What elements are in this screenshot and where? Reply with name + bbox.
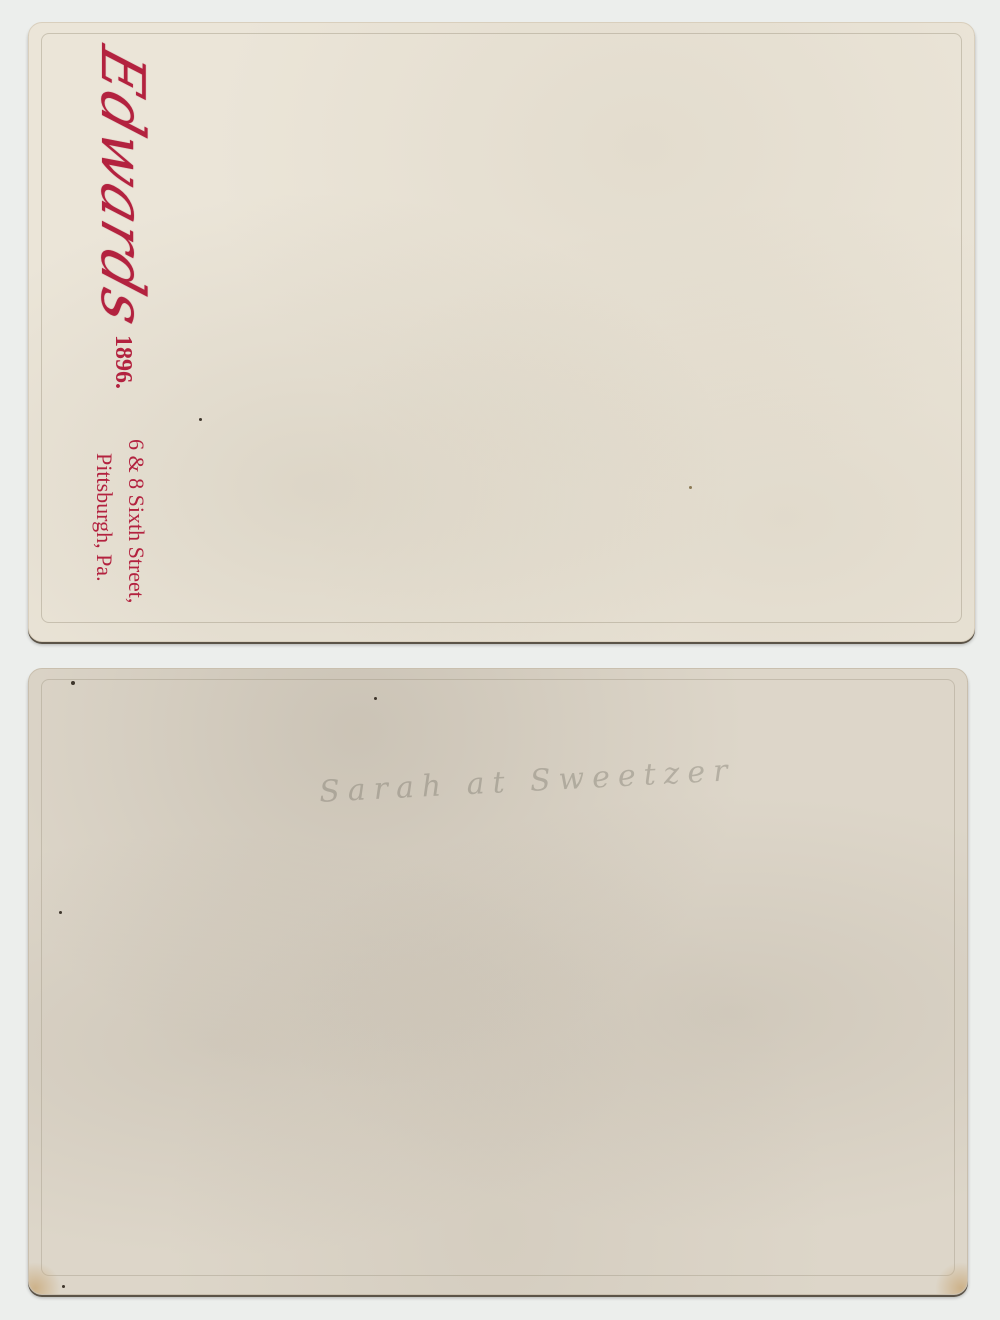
pencil-inscription: Sarah at Sweetzer xyxy=(318,753,736,810)
corner-wear xyxy=(28,1260,63,1295)
year-label: 1896. xyxy=(109,335,136,389)
paper-speck xyxy=(71,681,75,685)
card-back-blank: Sarah at Sweetzer xyxy=(28,668,968,1295)
address-street: 6 & 8 Sixth Street, xyxy=(123,439,149,603)
corner-wear xyxy=(933,1260,968,1295)
embossed-border xyxy=(41,33,962,623)
paper-speck xyxy=(199,418,202,421)
studio-name: Edwards xyxy=(87,38,157,335)
paper-speck xyxy=(59,911,62,914)
card-front-imprinted: Edwards 1896. 6 & 8 Sixth Street, Pittsb… xyxy=(28,22,975,642)
paper-speck xyxy=(689,486,692,489)
paper-speck xyxy=(374,697,377,700)
address-city: Pittsburgh, Pa. xyxy=(91,453,117,582)
